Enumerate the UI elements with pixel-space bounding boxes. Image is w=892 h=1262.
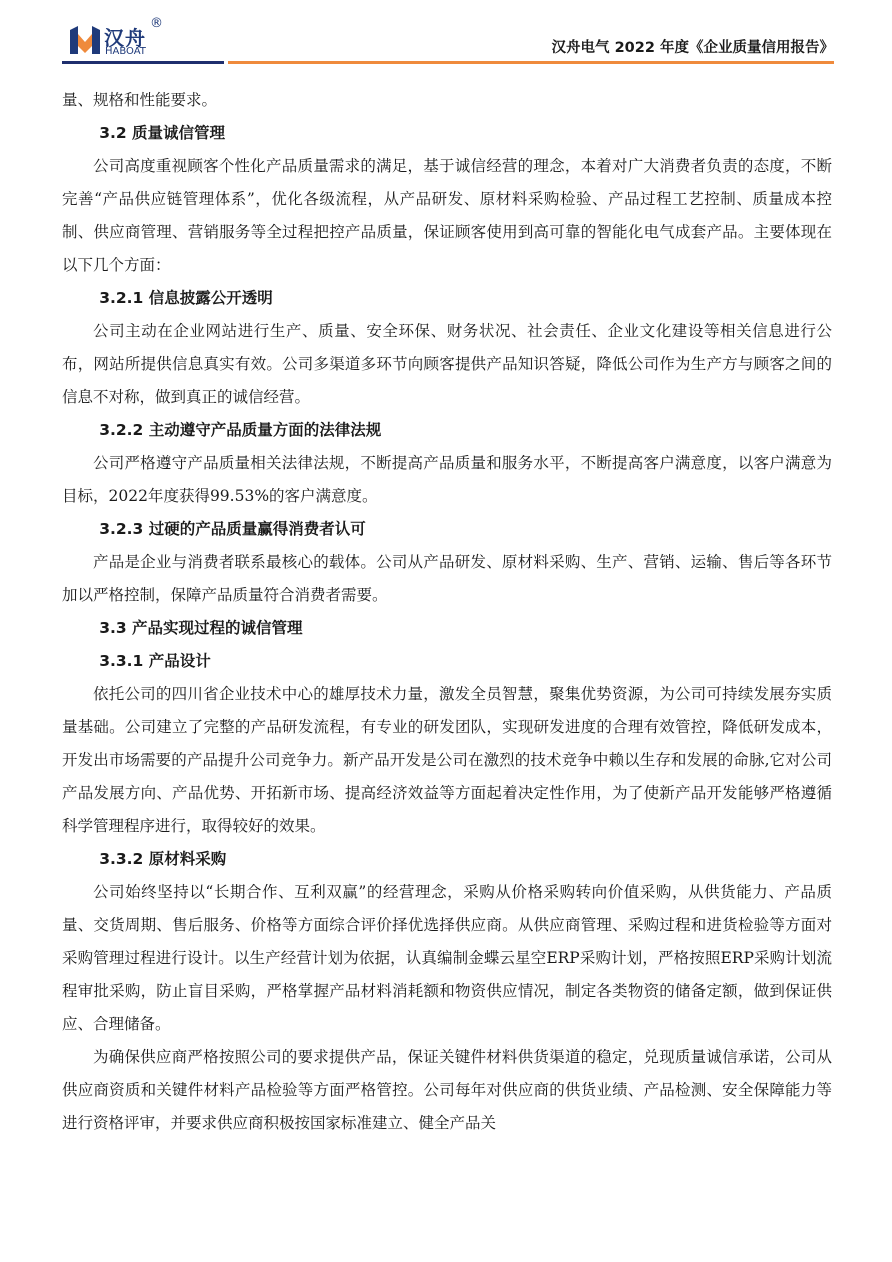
heading-3-2-2: 3.2.2 主动遵守产品质量方面的法律法规 [62, 414, 832, 447]
header-rule-orange [228, 61, 834, 64]
company-logo: 汉舟 ® HABOAT [70, 20, 170, 60]
paragraph: 公司严格遵守产品质量相关法律法规，不断提高产品质量和服务水平，不断提高客户满意度… [62, 447, 832, 513]
paragraph: 公司始终坚持以“长期合作、互利双赢”的经营理念，采购从价格采购转向价值采购，从供… [62, 876, 832, 1041]
heading-3-3-2: 3.3.2 原材料采购 [62, 843, 832, 876]
registered-mark: ® [150, 16, 163, 31]
report-title: 汉舟电气 2022 年度《企业质量信用报告》 [552, 36, 834, 57]
paragraph: 公司高度重视顾客个性化产品质量需求的满足，基于诚信经营的理念，本着对广大消费者负… [62, 150, 832, 282]
haboat-logo-icon [70, 26, 100, 54]
heading-3-2-1: 3.2.1 信息披露公开透明 [62, 282, 832, 315]
paragraph: 公司主动在企业网站进行生产、质量、安全环保、财务状况、社会责任、企业文化建设等相… [62, 315, 832, 414]
heading-3-2-3: 3.2.3 过硬的产品质量赢得消费者认可 [62, 513, 832, 546]
paragraph: 为确保供应商严格按照公司的要求提供产品，保证关键件材料供货渠道的稳定，兑现质量诚… [62, 1041, 832, 1140]
paragraph: 依托公司的四川省企业技术中心的雄厚技术力量，激发全员智慧，聚集优势资源，为公司可… [62, 678, 832, 843]
paragraph-continuation: 量、规格和性能要求。 [62, 84, 832, 117]
heading-3-3-1: 3.3.1 产品设计 [62, 645, 832, 678]
heading-3-2: 3.2 质量诚信管理 [62, 117, 832, 150]
header-rule-blue [62, 61, 224, 64]
page-header: 汉舟 ® HABOAT 汉舟电气 2022 年度《企业质量信用报告》 [0, 0, 892, 70]
heading-3-3: 3.3 产品实现过程的诚信管理 [62, 612, 832, 645]
logo-english-text: HABOAT [105, 46, 146, 57]
document-body: 量、规格和性能要求。 3.2 质量诚信管理 公司高度重视顾客个性化产品质量需求的… [62, 84, 832, 1140]
paragraph: 产品是企业与消费者联系最核心的载体。公司从产品研发、原材料采购、生产、营销、运输… [62, 546, 832, 612]
